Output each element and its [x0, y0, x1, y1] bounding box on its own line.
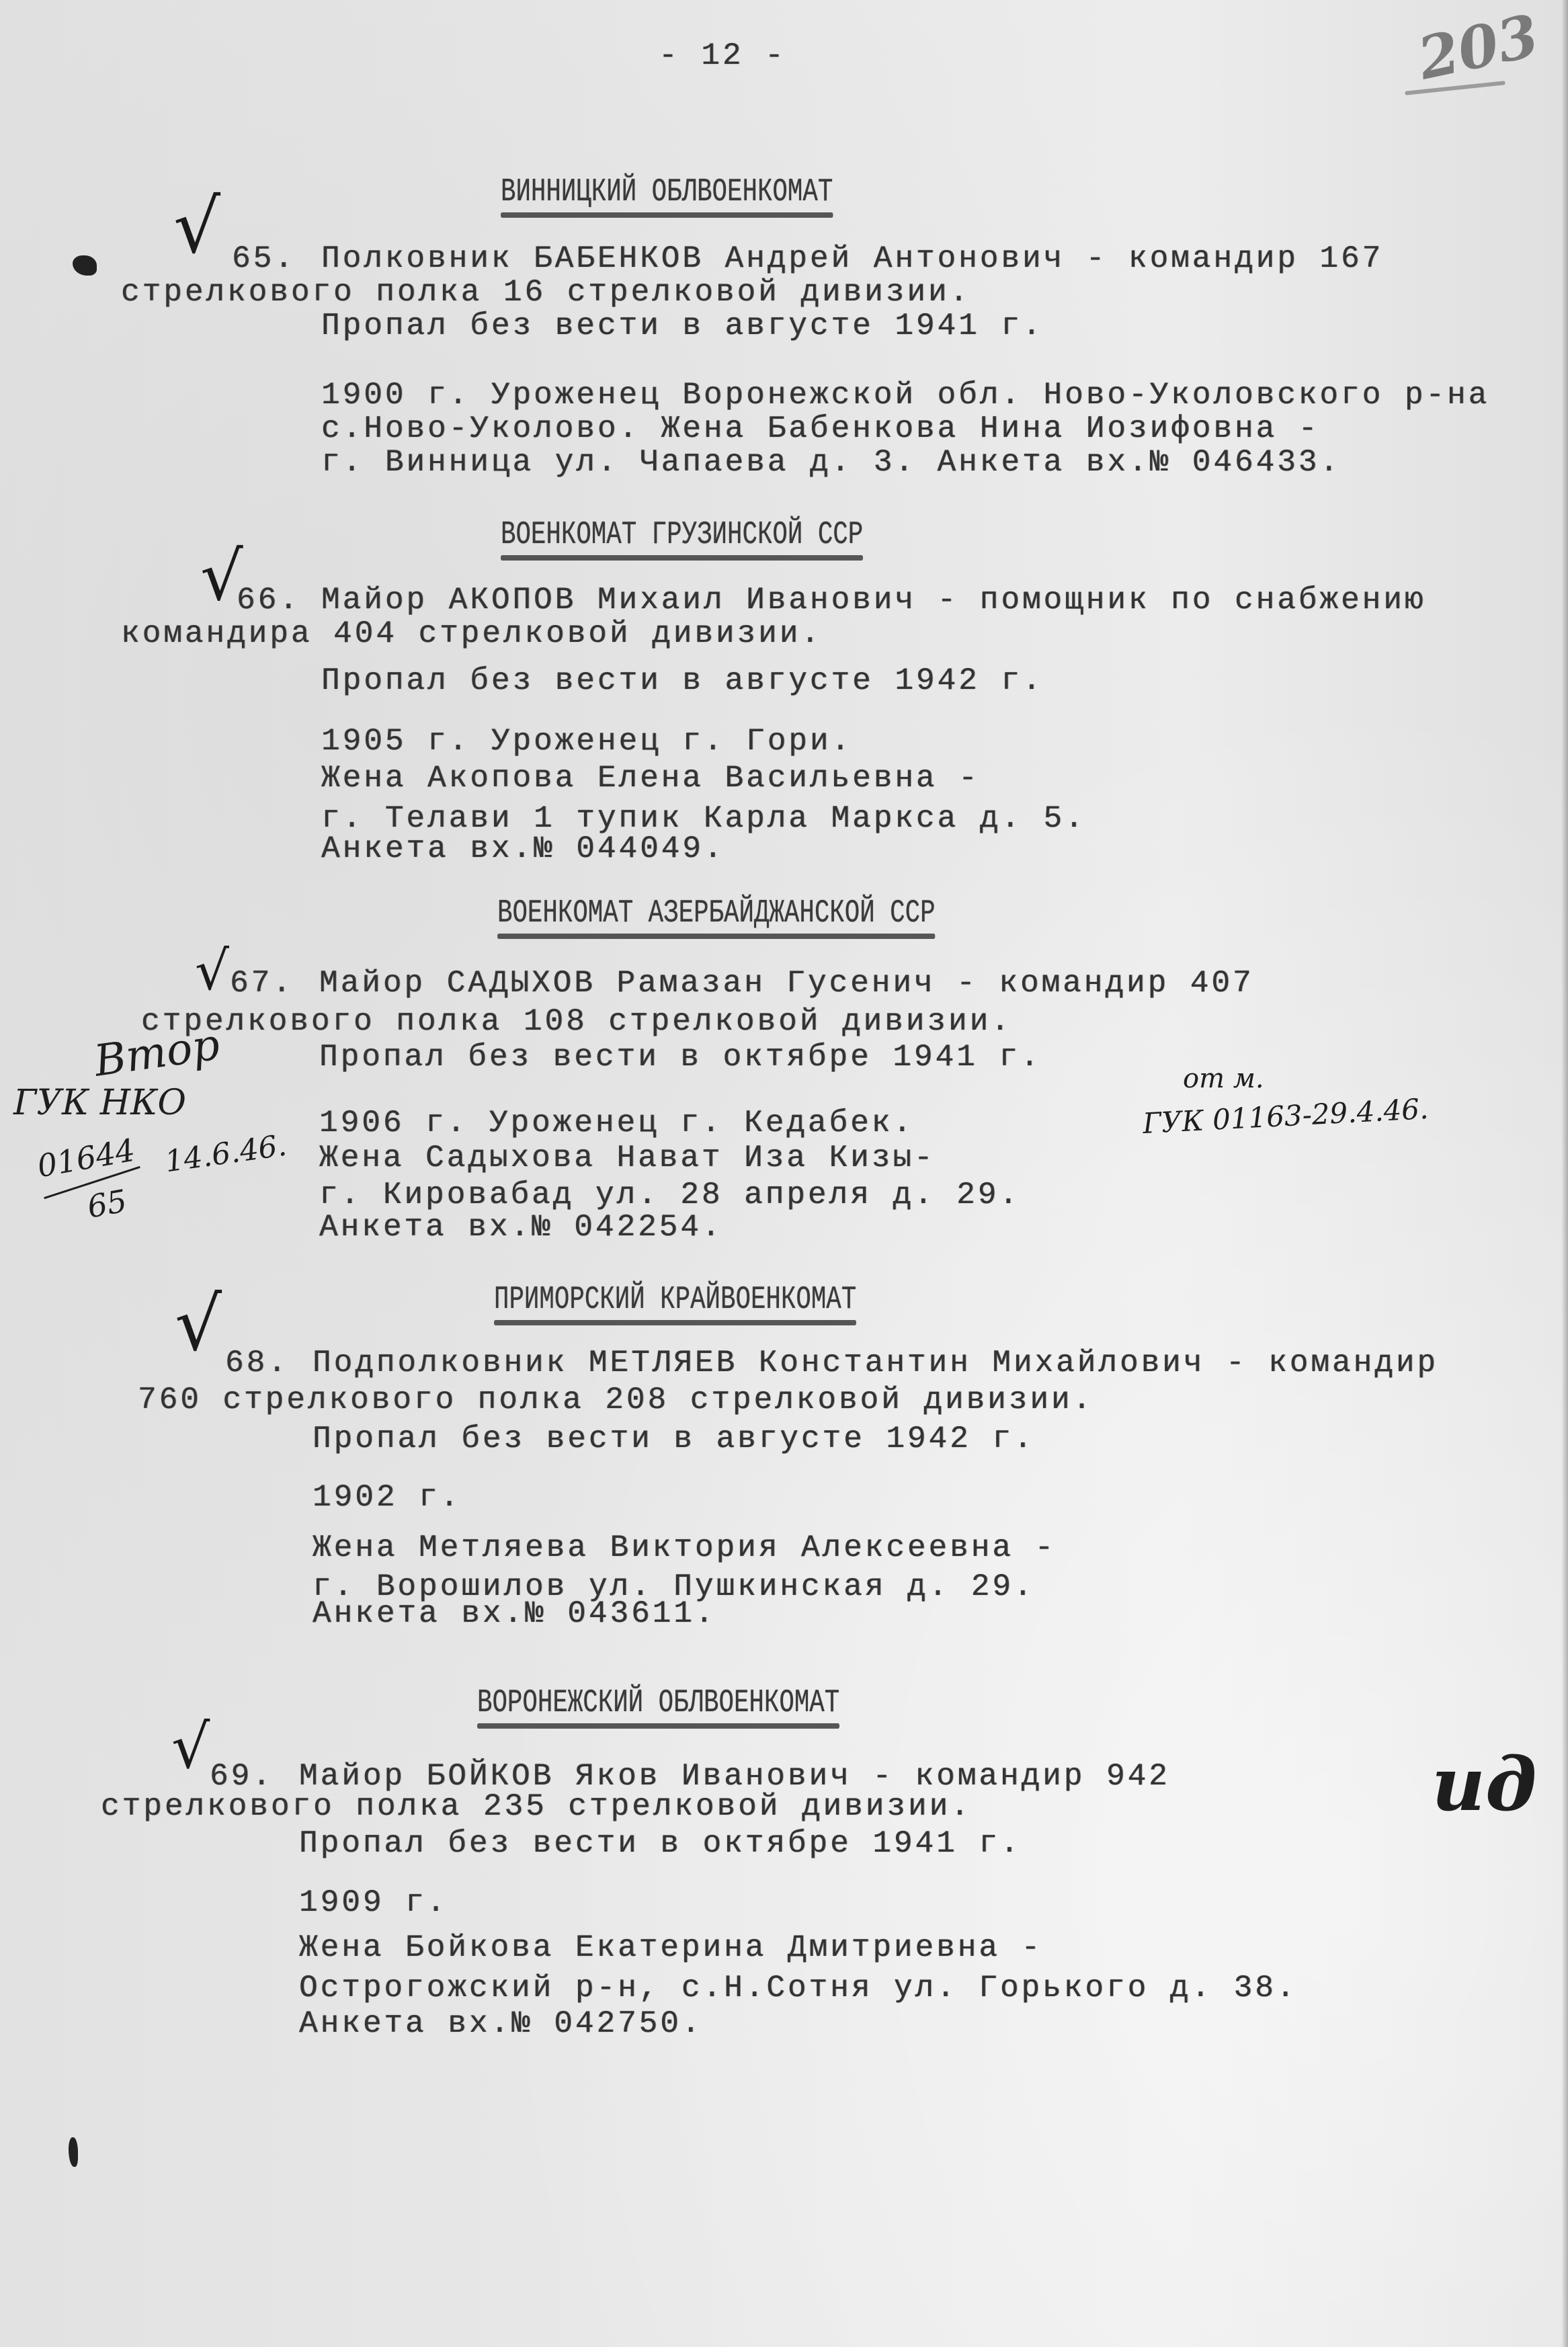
section-heading-azerbaijan: ВОЕНКОМАТ АЗЕРБАЙДЖАНСКОЙ ССР	[497, 897, 936, 930]
entry-detail: 1902 г.	[313, 1482, 461, 1513]
entry-detail: г. Винница ул. Чапаева д. 3. Анкета вх.№…	[321, 447, 1341, 478]
entry-number: 66.	[237, 585, 300, 616]
entry-line: командира 404 стрелковой дивизии.	[121, 618, 822, 649]
entry-detail: 1906 г. Уроженец г. Кедабек.	[319, 1108, 914, 1139]
section-heading-primorsky: ПРИМОРСКИЙ КРАЙВОЕНКОМАТ	[494, 1284, 856, 1316]
punch-hole-bottom	[69, 2137, 78, 2167]
entry-detail: Анкета вх.№ 042254.	[319, 1212, 723, 1243]
entry-line: стрелкового полка 108 стрелковой дивизии…	[141, 1006, 1012, 1037]
punch-hole-top	[73, 255, 97, 276]
handwritten-note: ГУК 01163-29.4.46.	[1142, 1095, 1429, 1138]
archive-sheet-number: 203	[1413, 7, 1543, 88]
handwritten-date: 14.6.46.	[163, 1131, 288, 1178]
check-mark: √	[175, 1287, 222, 1361]
entry-line: Пропал без вести в августе 1942 г.	[313, 1424, 1035, 1454]
section-heading-vinnitsa: ВИННИЦКИЙ ОБЛВОЕНКОМАТ	[501, 176, 833, 208]
entry-detail: г. Кировабад ул. 28 апреля д. 29.	[319, 1180, 1020, 1210]
entry-detail-last: Анкета вх.№ 043611.	[313, 1598, 716, 1629]
page-edge-shadow	[1561, 0, 1568, 2347]
handwritten-fraction-top: 01644	[35, 1135, 137, 1182]
entry-line: стрелкового полка 16 стрелковой дивизии.	[121, 277, 971, 308]
handwritten-note: ГУК НКО	[13, 1085, 186, 1120]
handwritten-note: от м.	[1183, 1065, 1264, 1092]
handwritten-fraction-bottom: 65	[85, 1185, 129, 1222]
entry-detail: 1909 г.	[299, 1887, 448, 1918]
entry-detail: с.Ново-Уколово. Жена Бабенкова Нина Иози…	[321, 413, 1319, 444]
entry-detail: Анкета вх.№ 044049.	[321, 833, 725, 864]
entry-detail: Острогожский р-н, с.Н.Сотня ул. Горького…	[299, 1973, 1297, 2004]
entry-number: 65.	[232, 243, 296, 274]
check-mark: √	[173, 190, 220, 263]
check-mark: √	[195, 944, 229, 998]
section-heading-georgia: ВОЕНКОМАТ ГРУЗИНСКОЙ ССР	[501, 519, 863, 551]
entry-line: Полковник БАБЕНКОВ Андрей Антонович - ко…	[321, 243, 1383, 274]
entry-number: 69.	[210, 1761, 274, 1792]
entry-line: Пропал без вести в августе 1941 г.	[321, 311, 1044, 341]
entry-detail: 1905 г. Уроженец г. Гори.	[321, 726, 852, 757]
entry-detail: 1900 г. Уроженец Воронежской обл. Ново-У…	[321, 380, 1489, 411]
handwritten-note: Втор	[91, 1023, 222, 1083]
entry-line: стрелкового полка 235 стрелковой дивизии…	[101, 1791, 972, 1822]
entry-detail: Анкета вх.№ 042750.	[299, 2008, 703, 2039]
entry-line: Пропал без вести в августе 1942 г.	[321, 665, 1044, 696]
entry-line: 760 стрелкового полка 208 стрелковой див…	[138, 1385, 1094, 1415]
entry-detail: г. Телави 1 тупик Карла Маркса д. 5.	[321, 803, 1086, 834]
entry-detail: Жена Бойкова Екатерина Дмитриевна -	[299, 1932, 1042, 1963]
check-mark: √	[171, 1717, 210, 1778]
page-number: - 12 -	[659, 40, 786, 71]
entry-detail: Жена Садыхова Нават Иза Кизы-	[319, 1143, 936, 1173]
entry-detail: Жена Акопова Елена Васильевна -	[321, 763, 980, 794]
entry-line: Подполковник МЕТЛЯЕВ Константин Михайлов…	[313, 1348, 1438, 1378]
entry-line: Майор САДЫХОВ Рамазан Гусенич - командир…	[319, 968, 1254, 999]
handwritten-mark: ид	[1432, 1747, 1536, 1821]
entry-line: Майор АКОПОВ Михаил Иванович - помощник …	[321, 585, 1426, 616]
entry-line: Майор БОЙКОВ Яков Иванович - командир 94…	[299, 1761, 1170, 1792]
entry-number: 67.	[230, 968, 294, 999]
section-heading-voronezh: ВОРОНЕЖСКИЙ ОБЛВОЕНКОМАТ	[477, 1687, 839, 1719]
entry-detail: Жена Метляева Виктория Алексеевна -	[313, 1532, 1056, 1563]
entry-line: Пропал без вести в октябре 1941 г.	[319, 1042, 1042, 1073]
entry-line: Пропал без вести в октябре 1941 г.	[299, 1828, 1022, 1859]
entry-number: 68.	[225, 1348, 289, 1378]
